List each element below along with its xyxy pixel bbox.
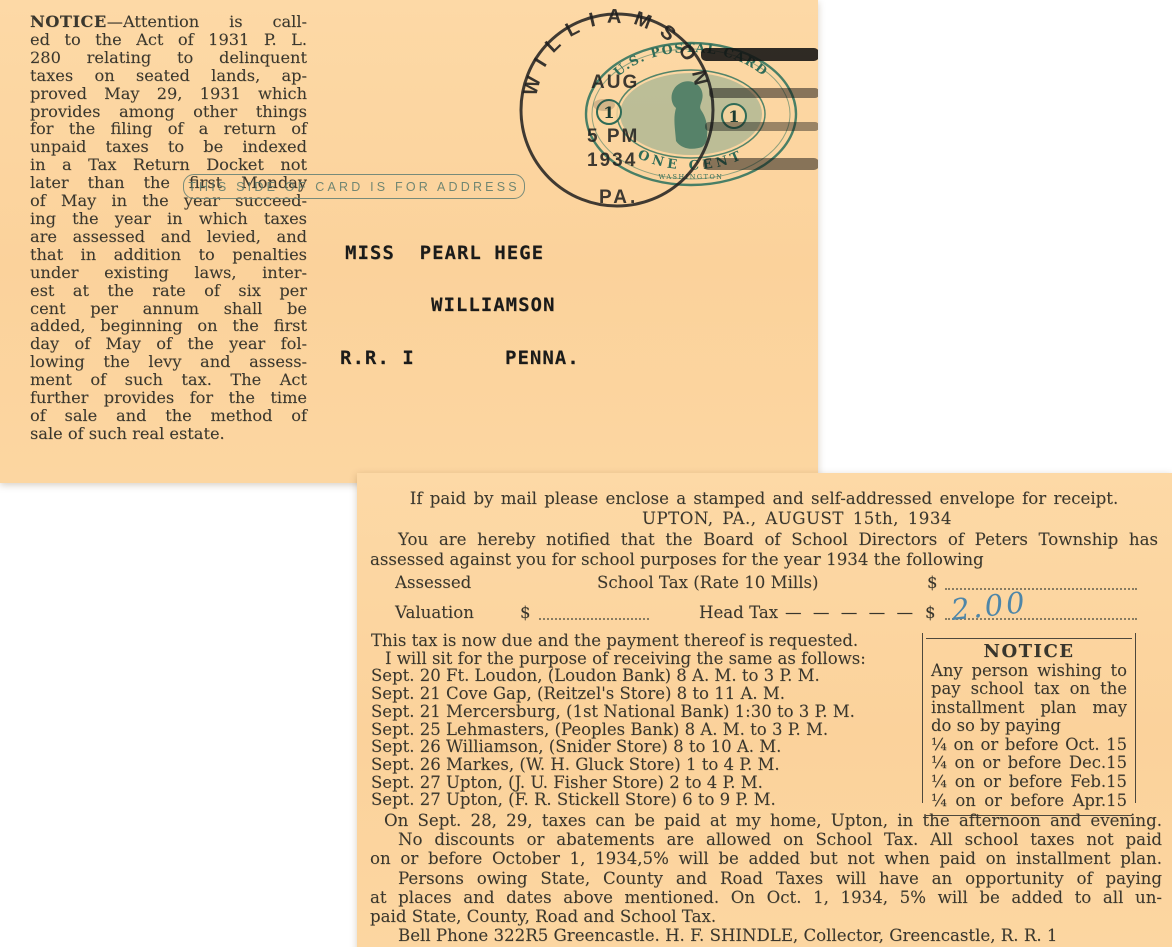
legal-notice-line: of sale and the method of xyxy=(30,407,307,425)
cancellation-bars xyxy=(701,48,818,170)
valuation-label: Valuation xyxy=(395,603,474,622)
closing-line: No discounts or abatements are allowed o… xyxy=(370,830,1162,849)
installment-notice-body-line: do so by paying xyxy=(931,717,1127,735)
collection-schedule-entry: Sept. 21 Mercersburg, (1st National Bank… xyxy=(371,703,927,721)
scanned-postcard-image: NOTICE—Attention is call- ed to the Act … xyxy=(0,0,1172,947)
address-side-rubber-stamp: THIS SIDE OF CARD IS FOR ADDRESS xyxy=(183,174,525,199)
collection-schedule-list: Sept. 20 Ft. Loudon, (Loudon Bank) 8 A. … xyxy=(371,667,927,809)
sitting-intro-line: I will sit for the purpose of receiving … xyxy=(371,650,927,668)
legal-notice-line: sale of such real estate. xyxy=(30,425,307,443)
head-tax-dashes: — — — — — xyxy=(785,603,913,622)
head-tax-dollar-sign: $ xyxy=(925,603,936,622)
legal-notice-line: cent per annum shall be xyxy=(30,300,307,318)
postcard-front: NOTICE—Attention is call- ed to the Act … xyxy=(0,0,818,483)
installment-deadline-line: ¼ on or before Feb.15 xyxy=(931,773,1127,792)
closing-line: on or before October 1, 1934,5% will be … xyxy=(370,849,1162,868)
collection-schedule-entry: Sept. 25 Lehmasters, (Peoples Bank) 8 A.… xyxy=(371,721,927,739)
legal-notice-line: 280 relating to delinquent xyxy=(30,49,307,67)
closing-line: at places and dates above mentioned. On … xyxy=(370,888,1162,907)
legal-notice-line: est at the rate of six per xyxy=(30,282,307,300)
school-tax-amount-blank xyxy=(945,573,1137,590)
receipt-instruction-line: If paid by mail please enclose a stamped… xyxy=(371,489,1157,508)
closing-line: On Sept. 28, 29, taxes can be paid at my… xyxy=(370,811,1162,830)
legal-notice-line: that in addition to penalties xyxy=(30,246,307,264)
notification-paragraph: You are hereby notified that the Board o… xyxy=(370,530,1158,569)
installment-notice-body-line: Any person wishing to xyxy=(931,662,1127,680)
postmark-day-smudge xyxy=(593,99,615,111)
collection-schedule-entry: Sept. 26 Markes, (W. H. Gluck Store) 1 t… xyxy=(371,756,927,774)
postmark-year: 1934 xyxy=(587,150,637,171)
school-tax-row: Assessed School Tax (Rate 10 Mills) $ xyxy=(357,573,1172,597)
notification-line: assessed against you for school purposes… xyxy=(370,550,1158,570)
installment-notice-box: NOTICE Any person wishing topay school t… xyxy=(922,633,1136,803)
installment-notice-body-line: pay school tax on the xyxy=(931,680,1127,698)
closing-line: Persons owing State, County and Road Tax… xyxy=(370,869,1162,888)
legal-notice-line: ed to the Act of 1931 P. L. xyxy=(30,31,307,49)
postmark-month: AUG xyxy=(591,72,639,93)
legal-notice-line: ment of such tax. The Act xyxy=(30,371,307,389)
postmark-time: 5 PM xyxy=(587,126,639,147)
collection-schedule-entry: Sept. 27 Upton, (F. R. Stickell Store) 6… xyxy=(371,791,927,809)
address-line-recipient: MISS PEARL HEGE xyxy=(345,242,544,264)
installment-deadline-line: ¼ on or before Apr.15 xyxy=(931,792,1127,811)
head-tax-row: Valuation $ Head Tax — — — — — $ 2.00 xyxy=(357,603,1172,627)
collection-schedule-block: This tax is now due and the payment ther… xyxy=(371,632,927,809)
legal-notice-line: unpaid taxes to be indexed xyxy=(30,138,307,156)
legal-notice-line: in a Tax Return Docket not xyxy=(30,156,307,174)
collection-schedule-entry: Sept. 27 Upton, (J. U. Fisher Store) 2 t… xyxy=(371,774,927,792)
address-side-rubber-stamp-text: THIS SIDE OF CARD IS FOR ADDRESS xyxy=(188,180,520,194)
legal-notice-line: added, beginning on the first xyxy=(30,317,307,335)
installment-notice-body-line: installment plan may xyxy=(931,699,1127,717)
legal-notice-first-line: NOTICE—Attention is call- xyxy=(30,13,307,31)
school-tax-dollar-sign: $ xyxy=(927,573,938,592)
legal-notice-line: ing the year in which taxes xyxy=(30,210,307,228)
installment-notice-body: Any person wishing topay school tax on t… xyxy=(931,662,1127,736)
installment-deadline-line: ¼ on or before Oct. 15 xyxy=(931,736,1127,755)
legal-notice-line: further provides for the time xyxy=(30,389,307,407)
valuation-dollar-sign: $ xyxy=(520,603,531,622)
address-line-city: WILLIAMSON xyxy=(431,294,555,316)
legal-notice-line: day of May of the year fol- xyxy=(30,335,307,353)
installment-notice-inner: NOTICE Any person wishing topay school t… xyxy=(926,638,1132,816)
legal-notice-line: proved May 29, 1931 which xyxy=(30,85,307,103)
collection-schedule-entry: Sept. 20 Ft. Loudon, (Loudon Bank) 8 A. … xyxy=(371,667,927,685)
valuation-amount-blank xyxy=(539,603,649,620)
dateline: UPTON, PA., AUGUST 15th, 1934 xyxy=(642,509,952,528)
postmark-state: PA. xyxy=(599,187,638,208)
assessed-label: Assessed xyxy=(395,573,471,592)
legal-notice-lines: ed to the Act of 1931 P. L.280 relating … xyxy=(30,31,307,443)
legal-notice-paragraph: NOTICE—Attention is call- ed to the Act … xyxy=(30,13,307,443)
legal-notice-line: are assessed and levied, and xyxy=(30,228,307,246)
legal-notice-first-rest: —Attention is call- xyxy=(107,12,307,31)
closing-line: Bell Phone 322R5 Greencastle. H. F. SHIN… xyxy=(370,926,1162,945)
legal-notice-line: provides among other things xyxy=(30,103,307,121)
collection-schedule-entry: Sept. 21 Cove Gap, (Reitzel's Store) 8 t… xyxy=(371,685,927,703)
head-tax-label: Head Tax xyxy=(699,603,778,622)
postmark: WILLIAMSON AUG 5 PM 1934 PA. xyxy=(505,8,818,218)
collection-schedule-entry: Sept. 26 Williamson, (Snider Store) 8 to… xyxy=(371,738,927,756)
installment-deadline-list: ¼ on or before Oct. 15¼ on or before Dec… xyxy=(931,736,1127,811)
legal-notice-line: under existing laws, inter- xyxy=(30,264,307,282)
installment-deadline-line: ¼ on or before Dec.15 xyxy=(931,754,1127,773)
postcard-back: If paid by mail please enclose a stamped… xyxy=(357,473,1172,947)
legal-notice-line: taxes on seated lands, ap- xyxy=(30,67,307,85)
notification-line: You are hereby notified that the Board o… xyxy=(370,530,1158,550)
school-tax-label: School Tax (Rate 10 Mills) xyxy=(597,573,819,592)
installment-notice-title: NOTICE xyxy=(931,641,1127,662)
address-line-rural-route: R.R. I xyxy=(340,347,415,369)
head-tax-handwritten-amount: 2.00 xyxy=(949,585,1029,627)
closing-line: paid State, County, Road and School Tax. xyxy=(370,907,1162,926)
legal-notice-heading: NOTICE xyxy=(30,12,107,31)
address-line-state: PENNA. xyxy=(505,347,580,369)
tax-due-line: This tax is now due and the payment ther… xyxy=(371,632,927,650)
legal-notice-line: for the filing of a return of xyxy=(30,120,307,138)
legal-notice-line: lowing the levy and assess- xyxy=(30,353,307,371)
closing-paragraphs: On Sept. 28, 29, taxes can be paid at my… xyxy=(370,811,1162,945)
